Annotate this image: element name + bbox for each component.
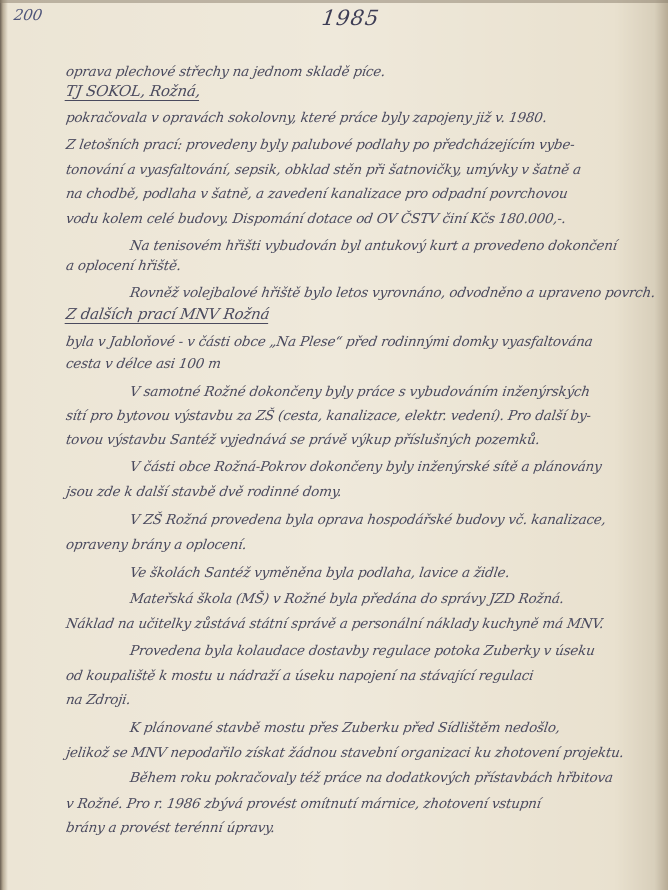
text-line: V samotné Rožné dokončeny byly práce s v… [129,384,591,400]
text-line: tovou výstavbu Santéž vyjednává se právě… [65,432,541,448]
text-line: cesta v délce asi 100 m [65,356,222,372]
text-line: V ZŠ Rožná provedena byla oprava hospodá… [129,512,607,528]
text-line: vodu kolem celé budovy. Dispomání dotace… [65,211,567,227]
text-line: Provedena byla kolaudace dostavby regula… [129,643,596,659]
text-line: na Zdroji. [65,692,132,708]
text-line: tonování a vyasfaltování, sepsik, obklad… [65,162,582,178]
year-heading: 1985 [320,6,381,30]
section-heading: Z dalších prací MNV Rožná [65,305,271,323]
chronicle-page: 200 1985 oprava plechové střechy na jedn… [0,0,668,890]
text-line: V části obce Rožná-Pokrov dokončeny byly… [129,459,603,475]
text-line: Mateřská škola (MŠ) v Rožné byla předána… [129,591,565,607]
text-line: sítí pro bytovou výstavbu za ZŠ (cesta, … [65,408,592,424]
text-line: pokračovala v opravách sokolovny, které … [65,110,548,126]
text-line: brány a provést terénní úpravy. [65,820,276,836]
text-line: od koupaliště k mostu u nádraží a úseku … [65,668,535,684]
text-line: Během roku pokračovaly též práce na doda… [129,770,614,786]
text-line: a oplocení hřiště. [65,258,182,274]
text-line: Z letošních prací: provedeny byly palubo… [65,137,576,153]
section-heading: TJ SOKOL, Rožná, [65,82,202,100]
text-line: byla v Jabloňové - v části obce „Na Ples… [65,334,594,350]
text-line: Rovněž volejbalové hřiště bylo letos vyr… [129,285,656,301]
text-line: v Rožné. Pro r. 1986 zbývá provést omítn… [65,796,542,812]
text-line: Náklad na učitelky zůstává státní správě… [65,616,605,632]
text-line: Ve školách Santéž vyměněna byla podlaha,… [129,565,511,581]
text-line: oprava plechové střechy na jednom skladě… [65,64,386,80]
page-number: 200 [13,6,44,24]
text-line: Na tenisovém hřišti vybudován byl antuko… [129,238,618,254]
text-line: jsou zde k další stavbě dvě rodinné domy… [65,484,343,500]
text-line: jelikož se MNV nepodařilo získat žádnou … [65,745,625,761]
text-line: K plánované stavbě mostu přes Zuberku př… [129,720,561,736]
text-line: opraveny brány a oplocení. [65,537,248,553]
text-line: na chodbě, podlaha v šatně, a zavedení k… [65,186,569,202]
page-edge [0,0,668,3]
